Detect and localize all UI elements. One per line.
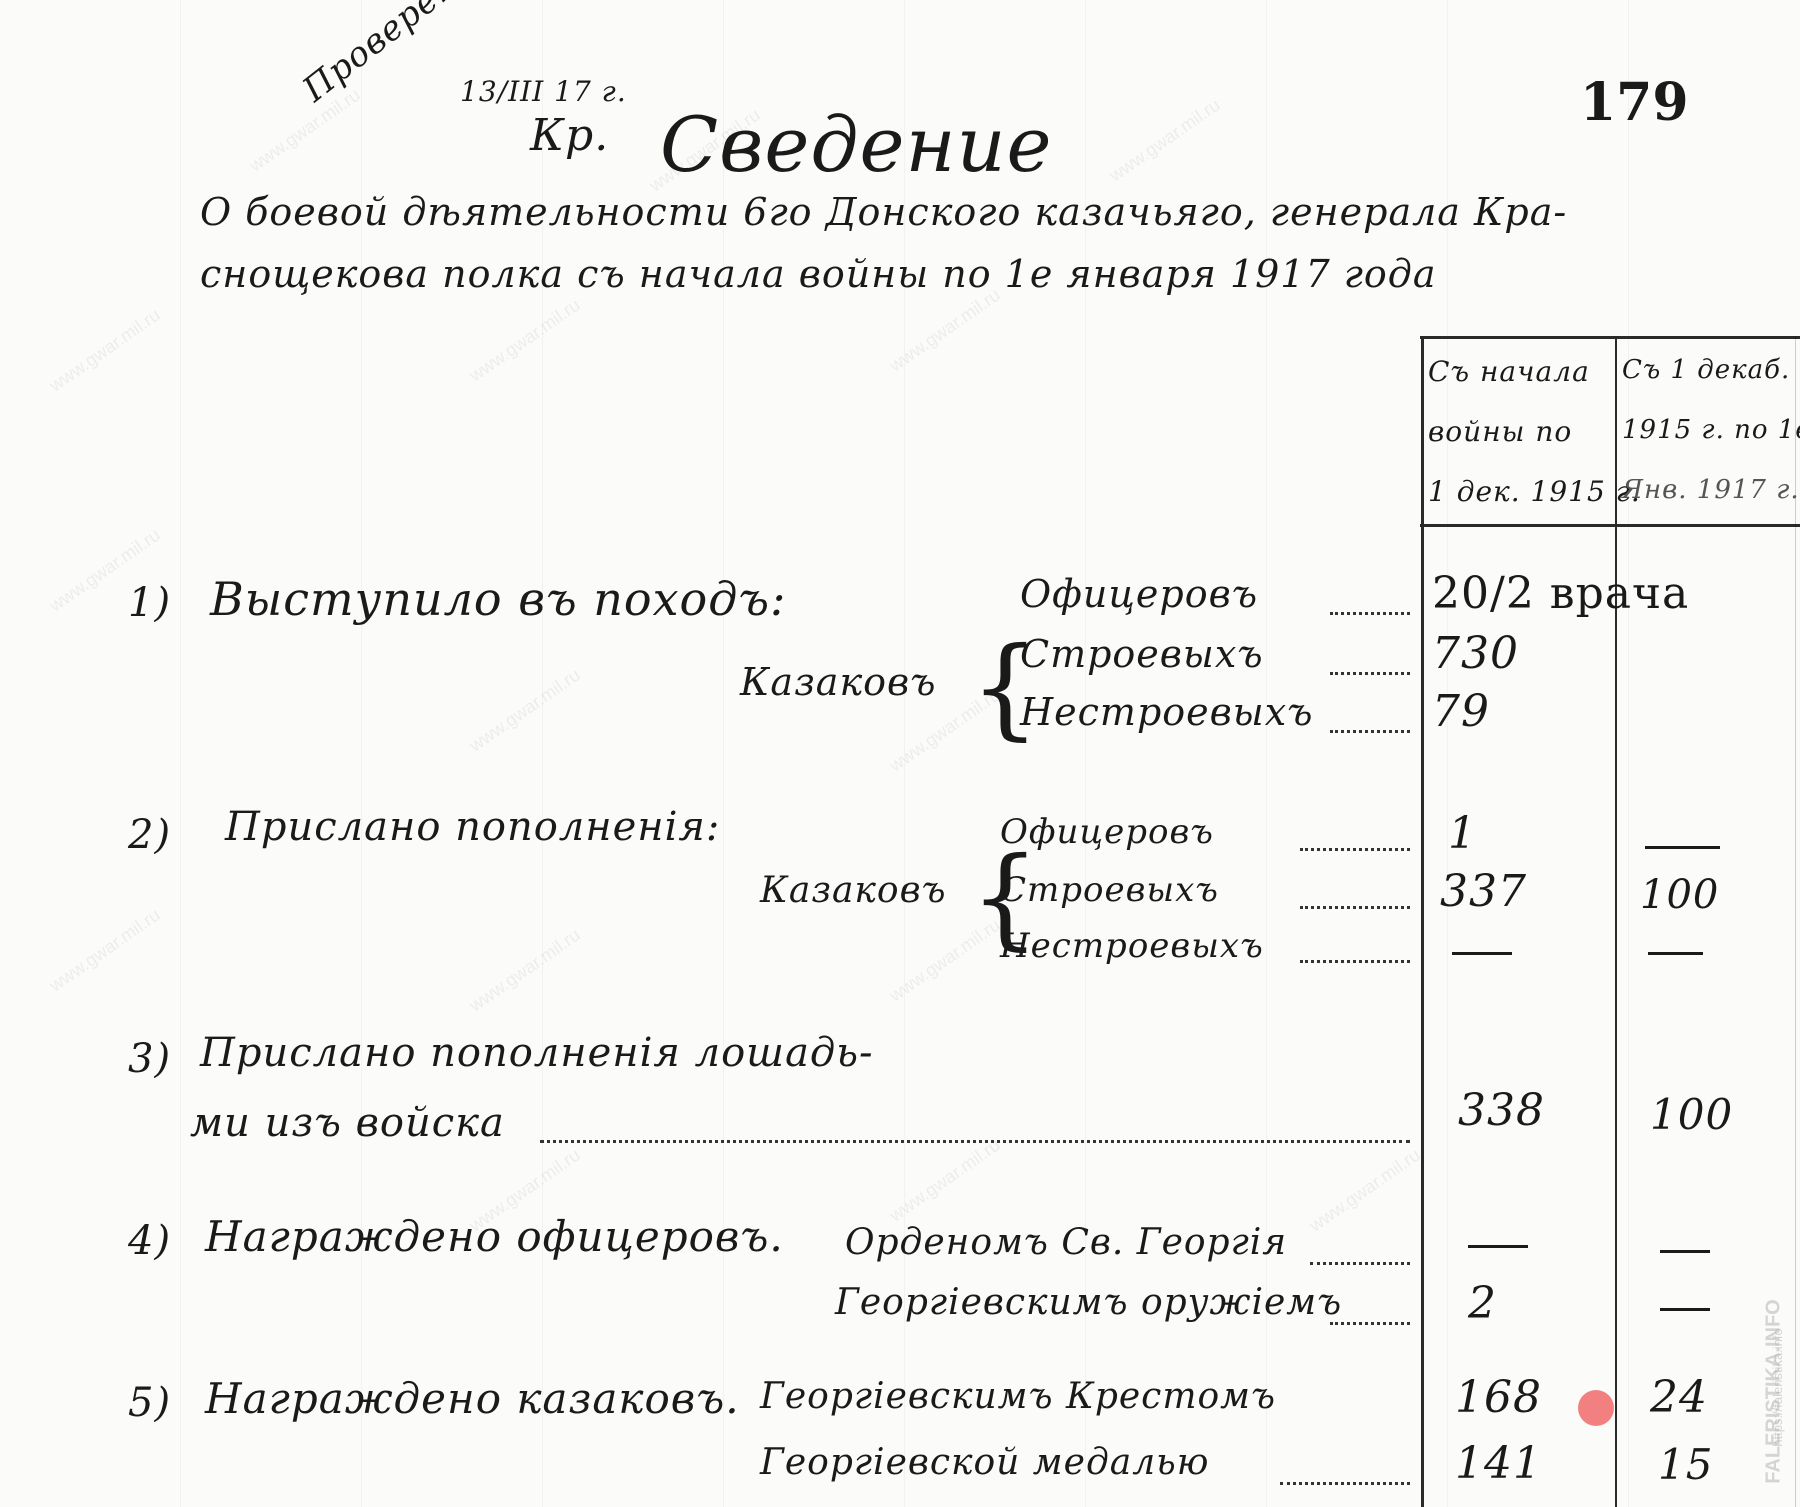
archival-document-page: www.gwar.mil.ru www.gwar.mil.ru www.gwar… bbox=[0, 0, 1800, 1507]
watermark: www.gwar.mil.ru bbox=[466, 665, 585, 757]
value-col1: 1 bbox=[1448, 808, 1477, 859]
watermark: www.gwar.mil.ru bbox=[886, 285, 1005, 377]
section-number: 2) bbox=[128, 812, 171, 858]
page-number: 179 bbox=[1580, 72, 1689, 133]
leader-dots bbox=[1280, 1482, 1410, 1485]
row-label-combatant: Строевыхъ bbox=[1000, 870, 1219, 910]
side-watermark: FALERISTIKA.INFO https://faleristika.inf… bbox=[1752, 1300, 1792, 1500]
table-column-divider-right bbox=[1795, 336, 1796, 1507]
row-label-officers: Офицеровъ bbox=[1000, 812, 1214, 852]
section-number: 5) bbox=[128, 1380, 171, 1426]
document-subtitle-line2: снощекова полка съ начала войны по 1е ян… bbox=[200, 252, 1437, 296]
column-header-2-line: Янв. 1917 г. bbox=[1622, 475, 1800, 505]
value-col2: 100 bbox=[1650, 1090, 1733, 1139]
column-header-2-line: 1915 г. по 1е bbox=[1622, 415, 1800, 445]
column-header-2-line: Съ 1 декаб. bbox=[1622, 355, 1790, 385]
value-col2-dash bbox=[1645, 846, 1720, 849]
value-col1: 730 bbox=[1432, 628, 1519, 679]
leader-dots bbox=[1330, 612, 1410, 615]
value-col1-dash bbox=[1468, 1245, 1528, 1248]
table-header-rule bbox=[1420, 524, 1800, 527]
document-title: Сведение bbox=[660, 100, 1053, 189]
value-col2: 15 bbox=[1658, 1440, 1713, 1489]
section-number: 3) bbox=[128, 1036, 171, 1082]
group-label-cossacks: Казаковъ bbox=[760, 870, 947, 911]
value-col2-dash bbox=[1648, 952, 1703, 955]
watermark: www.gwar.mil.ru bbox=[46, 905, 165, 997]
value-col2: 100 bbox=[1640, 872, 1719, 918]
watermark: www.gwar.mil.ru bbox=[246, 85, 365, 177]
section-label: Выступило въ походъ: bbox=[210, 572, 787, 626]
value-col2-dash bbox=[1660, 1250, 1710, 1253]
watermark: www.gwar.mil.ru bbox=[466, 925, 585, 1017]
column-header-1-line: 1 дек. 1915 г. bbox=[1428, 475, 1641, 508]
row-label-combatant: Строевыхъ bbox=[1020, 632, 1264, 676]
leader-dots bbox=[1300, 848, 1410, 851]
value-col1: 338 bbox=[1458, 1085, 1545, 1136]
watermark: www.gwar.mil.ru bbox=[886, 1135, 1005, 1227]
value-col1: 141 bbox=[1455, 1438, 1542, 1489]
value-col1: 2 bbox=[1468, 1278, 1497, 1329]
side-watermark-url: https://faleristika.info bbox=[1770, 1328, 1785, 1447]
margin-note-date: 13/III 17 г. bbox=[460, 75, 627, 108]
column-header-1-line: войны по bbox=[1428, 415, 1572, 448]
value-col1: 20/2 врача bbox=[1432, 568, 1689, 619]
leader-dots bbox=[1310, 1262, 1410, 1265]
row-label-st-george-medal: Георгіевской медалью bbox=[760, 1442, 1209, 1483]
section-number: 1) bbox=[128, 580, 171, 626]
leader-dots bbox=[1300, 906, 1410, 909]
row-label-noncombatant: Нестроевыхъ bbox=[1020, 690, 1313, 734]
marker-dot bbox=[1578, 1390, 1614, 1426]
document-subtitle-line1: О боевой дѣятельности 6го Донского казач… bbox=[200, 190, 1567, 234]
margin-note-verified: Проверено bbox=[295, 0, 482, 110]
value-col2-dash bbox=[1660, 1308, 1710, 1311]
value-col1: 337 bbox=[1440, 866, 1527, 917]
table-column-divider-middle bbox=[1615, 336, 1617, 1507]
column-header-1-line: Съ начала bbox=[1428, 355, 1590, 388]
row-label-st-george-cross: Георгіевскимъ Крестомъ bbox=[760, 1376, 1276, 1417]
value-col2: 24 bbox=[1650, 1372, 1708, 1423]
group-label-cossacks: Казаковъ bbox=[740, 660, 936, 704]
value-col1: 168 bbox=[1455, 1372, 1542, 1423]
value-col1: 79 bbox=[1432, 686, 1490, 737]
watermark: www.gwar.mil.ru bbox=[1306, 1145, 1425, 1237]
table-column-divider-left bbox=[1421, 336, 1424, 1507]
row-label-order-st-george: Орденомъ Св. Георгія bbox=[845, 1222, 1287, 1263]
leader-dots bbox=[1330, 672, 1410, 675]
row-label-st-george-weapon: Георгіевскимъ оружіемъ bbox=[835, 1282, 1342, 1323]
leader-dots bbox=[540, 1140, 1410, 1143]
leader-dots bbox=[1330, 730, 1410, 733]
section-number: 4) bbox=[128, 1218, 171, 1264]
section-label-line2: ми изъ войска bbox=[190, 1100, 505, 1146]
watermark: www.gwar.mil.ru bbox=[1106, 95, 1225, 187]
watermark: www.gwar.mil.ru bbox=[46, 305, 165, 397]
margin-note-initials: Кр. bbox=[530, 110, 609, 161]
section-label: Награждено офицеровъ. bbox=[205, 1212, 784, 1261]
table-top-rule bbox=[1420, 336, 1800, 339]
row-label-officers: Офицеровъ bbox=[1020, 572, 1258, 616]
watermark: www.gwar.mil.ru bbox=[466, 295, 585, 387]
row-label-noncombatant: Нестроевыхъ bbox=[1000, 926, 1264, 966]
value-col1-dash bbox=[1452, 952, 1512, 955]
section-label-line1: Прислано пополненія лошадь- bbox=[200, 1030, 874, 1076]
leader-dots bbox=[1300, 960, 1410, 963]
leader-dots bbox=[1330, 1322, 1410, 1325]
section-label: Награждено казаковъ. bbox=[205, 1374, 740, 1423]
section-label: Прислано пополненія: bbox=[225, 804, 720, 850]
